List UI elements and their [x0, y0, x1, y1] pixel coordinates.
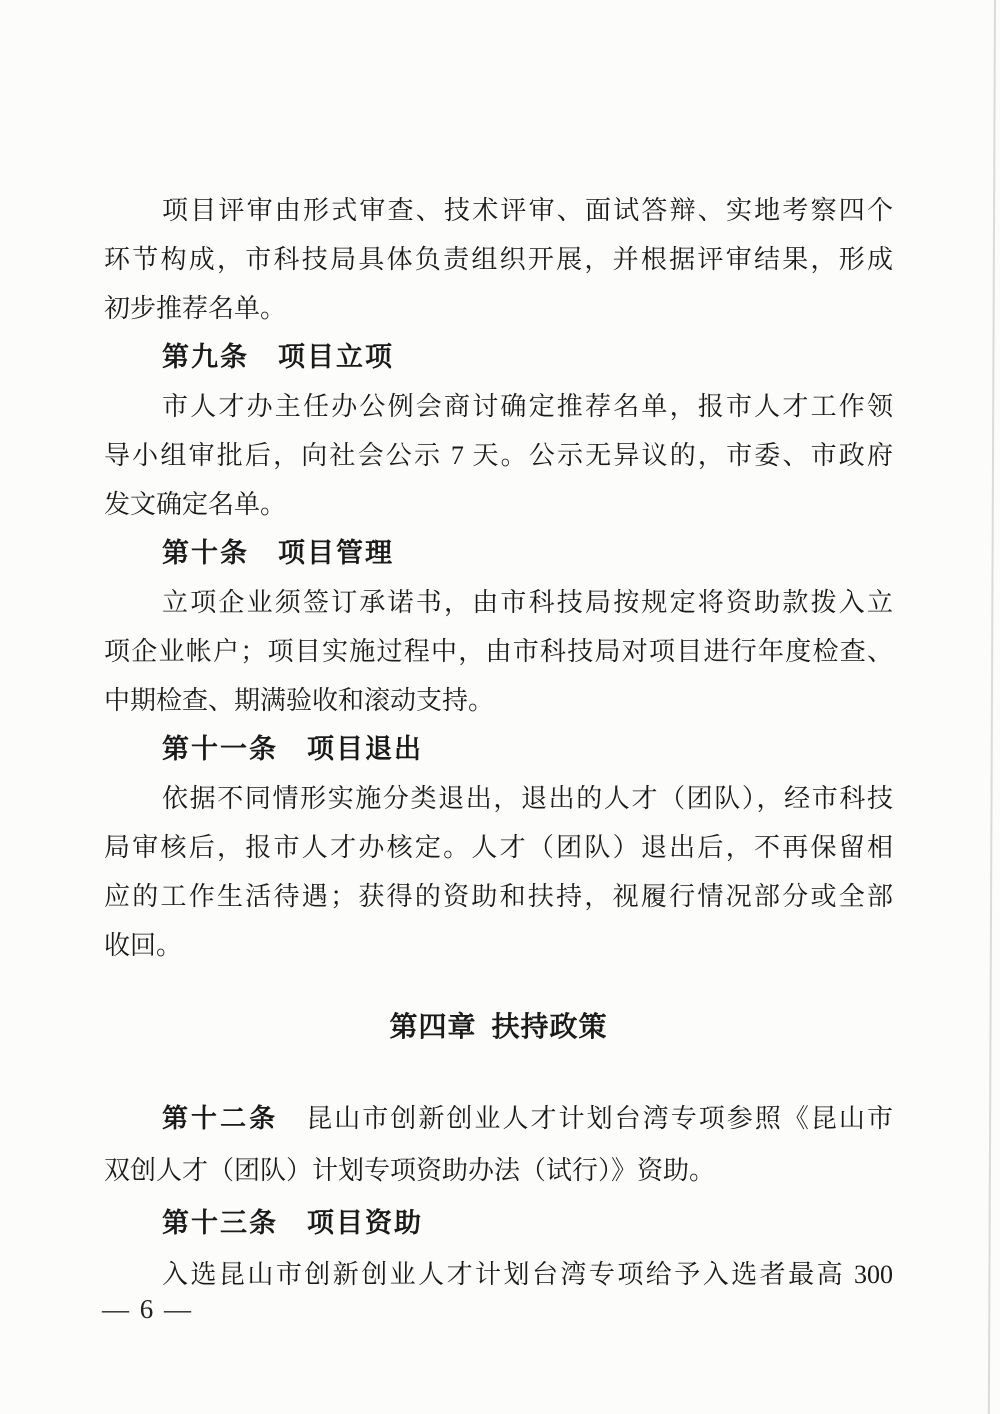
article-heading-11: 第十一条 项目退出: [104, 725, 893, 774]
page-number: — 6 —: [102, 1292, 193, 1326]
paragraph-line: 第十二条 昆山市创新创业人才计划台湾专项参照《昆山市: [104, 1093, 893, 1145]
paragraph-line: 市人才办主任办公例会商讨确定推荐名单，报市人才工作领: [104, 382, 893, 431]
paragraph-line: 项目评审由形式审查、技术评审、面试答辩、实地考察四个: [104, 186, 893, 235]
paragraph-line: 环节构成，市科技局具体负责组织开展，并根据评审结果，形成: [104, 235, 893, 284]
paragraph-line: 应的工作生活待遇；获得的资助和扶持，视履行情况部分或全部: [104, 872, 893, 921]
paragraph-line: 依据不同情形实施分类退出，退出的人才（团队），经市科技: [104, 774, 893, 823]
scan-edge-shadow: [988, 0, 996, 1414]
paragraph-text: 昆山市创新创业人才计划台湾专项参照《昆山市: [278, 1104, 893, 1133]
paragraph-line: 中期检查、期满验收和滚动支持。: [104, 676, 893, 725]
paragraph-line: 收回。: [104, 921, 893, 970]
paragraph-line: 双创人才（团队）计划专项资助办法（试行）》资助。: [104, 1145, 893, 1197]
text-column: 项目评审由形式审查、技术评审、面试答辩、实地考察四个 环节构成，市科技局具体负责…: [104, 186, 893, 1301]
article-heading-13: 第十三条 项目资助: [104, 1197, 893, 1249]
paragraph-line: 导小组审批后，向社会公示 7 天。公示无异议的，市委、市政府: [104, 431, 893, 480]
article-heading-9: 第九条 项目立项: [104, 333, 893, 382]
paragraph-line: 项企业帐户；项目实施过程中，由市科技局对项目进行年度检查、: [104, 627, 893, 676]
paragraph-line: 发文确定名单。: [104, 480, 893, 529]
article-heading-10: 第十条 项目管理: [104, 529, 893, 578]
paragraph-line: 初步推荐名单。: [104, 284, 893, 333]
chapter-heading: 第四章 扶持政策: [104, 1003, 893, 1052]
paragraph-line: 局审核后，报市人才办核定。人才（团队）退出后，不再保留相: [104, 823, 893, 872]
document-page: 项目评审由形式审查、技术评审、面试答辩、实地考察四个 环节构成，市科技局具体负责…: [0, 0, 1000, 1414]
paragraph-line: 入选昆山市创新创业人才计划台湾专项给予入选者最高 300: [104, 1249, 893, 1301]
article-number-12: 第十二条: [162, 1104, 278, 1133]
paragraph-line: 立项企业须签订承诺书，由市科技局按规定将资助款拨入立: [104, 578, 893, 627]
